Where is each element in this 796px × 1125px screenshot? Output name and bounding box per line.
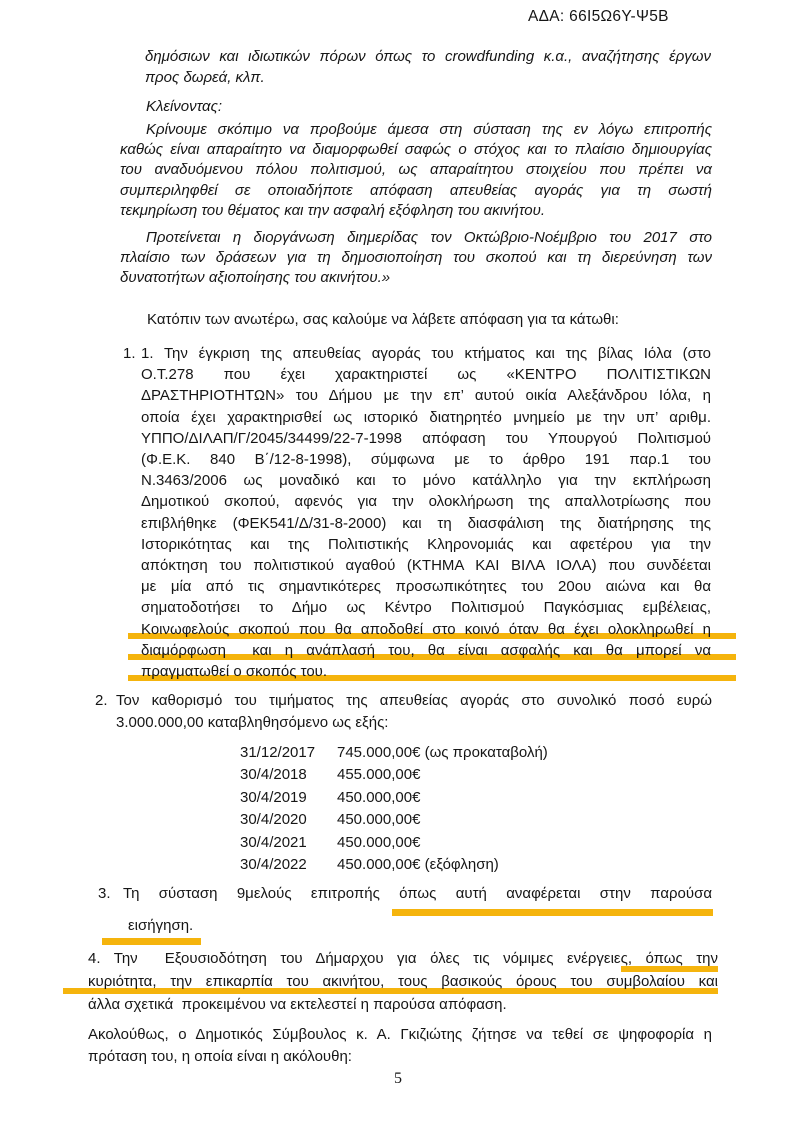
item1-line-highlighted: Κοινωφελούς σκοπού που θα αποδοθεί στο κ…	[141, 619, 711, 640]
quote-line: καθώς είναι απαραίτητο να διαμορφωθεί σα…	[120, 140, 712, 160]
quote-line: του αναδυόμενου πόλου πολιτισμού, ως απα…	[120, 160, 712, 180]
payment-amount: 450.000,00€	[337, 789, 420, 806]
list-marker-3: 3.	[98, 883, 111, 904]
item2-line: 3.000.000,00 καταβληθησόμενο ως εξής:	[116, 712, 712, 734]
highlight-underline	[102, 938, 201, 945]
quote-line: πλαίσιο των δράσεων για τη δημοσιοποίηση…	[120, 248, 712, 268]
closing-line: πρόταση του, η οποία είναι η ακόλουθη:	[88, 1046, 712, 1068]
item1-line: (Φ.Ε.Κ. 840 Β΄/12-8-1998), σύμφωνα με το…	[141, 449, 711, 470]
payment-amount: 450.000,00€	[337, 811, 420, 828]
item1-line: 1. Την έγκριση της απευθείας αγοράς του …	[141, 343, 711, 364]
item1-line-highlighted: πραγματωθεί ο σκοπός του.	[141, 661, 711, 682]
quote-paragraph-2: Κρίνουμε σκόπιμο να προβούμε άμεσα στη σ…	[120, 120, 712, 221]
item1-line: ΥΠΠΟ/ΔΙΛΑΠ/Γ/2045/34499/22-7-1998 απόφασ…	[141, 428, 711, 449]
intro-sentence: Κατόπιν των ανωτέρω, σας καλούμε να λάβε…	[147, 311, 619, 328]
payment-row: 30/4/2021450.000,00€	[240, 832, 548, 854]
quote-paragraph-3: Προτείνεται η διοργάνωση διημερίδας τον …	[120, 228, 712, 289]
payment-schedule: 31/12/2017745.000,00€ (ως προκαταβολή) 3…	[240, 742, 548, 876]
document-page: ΑΔΑ: 66Ι5Ω6Υ-Ψ5Β δημόσιων και ιδιωτικών …	[0, 0, 796, 1125]
page-number: 5	[0, 1070, 796, 1088]
item1-line: Ο.Τ.278 που έχει χαρακτηριστεί ως «ΚΕΝΤΡ…	[141, 364, 711, 385]
payment-date: 30/4/2018	[240, 764, 337, 786]
quote-line: Προτείνεται η διοργάνωση διημερίδας τον …	[120, 228, 712, 248]
item1-line: απόκτηση του πολιτιστικού αγαθού (ΚΤΗΜΑ …	[141, 555, 711, 576]
payment-amount: 455.000,00€	[337, 766, 420, 783]
quote-line: συμπεριληφθεί σε οποιαδήποτε απόφαση απε…	[120, 181, 712, 201]
item1-line: επιβλήθηκε (ΦΕΚ541/Δ/31-8-2000) και τη δ…	[141, 513, 711, 534]
quote-line: τεκμηρίωση του θέματος και την ασφαλή εξ…	[120, 201, 712, 221]
item1-line: Δημοτικού σκοπού, αφενός για την ολοκλήρ…	[141, 491, 711, 512]
payment-row: 30/4/2018455.000,00€	[240, 764, 548, 786]
payment-date: 31/12/2017	[240, 742, 337, 764]
item3-line: Τη σύσταση 9μελούς επιτροπής όπως αυτή α…	[123, 883, 712, 904]
closing-line: Ακολούθως, ο Δημοτικός Σύμβουλος κ. Α. Γ…	[88, 1024, 712, 1046]
item4-line: άλλα σχετικά προκειμένου να εκτελεστεί η…	[88, 993, 718, 1016]
list-marker-2: 2.	[95, 690, 108, 712]
item2-line: Τον καθορισμό του τιμήματος της απευθεία…	[116, 690, 712, 712]
payment-row: 30/4/2019450.000,00€	[240, 787, 548, 809]
payment-row: 30/4/2020450.000,00€	[240, 809, 548, 831]
item1-line-highlighted: διαμόρφωση και η ανάπλασή του, θα είναι …	[141, 640, 711, 661]
item1-line: οποία έχει χαρακτηρισθεί ως ιστορικό δια…	[141, 407, 711, 428]
quote-line: προς δωρεά, κλπ.	[145, 68, 711, 89]
payment-date: 30/4/2022	[240, 854, 337, 876]
item1-line: σηματοδοτήσει το Δήμο ως Κέντρο Πολιτισμ…	[141, 597, 711, 618]
quote-line: Κρίνουμε σκόπιμο να προβούμε άμεσα στη σ…	[120, 120, 712, 140]
list-item-2: Τον καθορισμό του τιμήματος της απευθεία…	[116, 690, 712, 733]
quote-paragraph-1: δημόσιων και ιδιωτικών πόρων όπως το cro…	[145, 47, 711, 88]
item1-line: Ιστορικότητας και της Πολιτιστικής Κληρο…	[141, 534, 711, 555]
payment-row: 30/4/2022450.000,00€ (εξόφληση)	[240, 854, 548, 876]
list-item-4: 4. Την Εξουσιοδότηση του Δήμαρχου για όλ…	[88, 947, 718, 1016]
payment-amount: 745.000,00€ (ως προκαταβολή)	[337, 744, 548, 761]
item1-line: ΔΡΑΣΤΗΡΙΟΤΗΤΩΝ» του Δήμου με την επ’ αυτ…	[141, 385, 711, 406]
payment-amount: 450.000,00€ (εξόφληση)	[337, 856, 499, 873]
item1-line: Ν.3463/2006 ως μοναδικό και το μόνο κατά…	[141, 470, 711, 491]
list-marker-1: 1.	[123, 343, 136, 364]
item3-line-highlighted: εισήγηση.	[128, 915, 193, 936]
item4-line: 4. Την Εξουσιοδότηση του Δήμαρχου για όλ…	[88, 947, 718, 970]
quote-closing-label: Κλείνοντας:	[146, 97, 222, 118]
closing-paragraph: Ακολούθως, ο Δημοτικός Σύμβουλος κ. Α. Γ…	[88, 1024, 712, 1068]
item1-line: με μία από τις σημαντικότερες προσωπικότ…	[141, 576, 711, 597]
payment-amount: 450.000,00€	[337, 834, 420, 851]
item4-line-highlighted: κυριότητα, την επικαρπία του ακινήτου, τ…	[88, 970, 718, 993]
payment-date: 30/4/2020	[240, 809, 337, 831]
quote-line: δημόσιων και ιδιωτικών πόρων όπως το cro…	[145, 47, 711, 68]
ada-code: ΑΔΑ: 66Ι5Ω6Υ-Ψ5Β	[528, 8, 669, 26]
payment-date: 30/4/2021	[240, 832, 337, 854]
payment-date: 30/4/2019	[240, 787, 337, 809]
payment-row: 31/12/2017745.000,00€ (ως προκαταβολή)	[240, 742, 548, 764]
quote-line: δυνατοτήτων αξιοποίησης του ακινήτου.»	[120, 268, 712, 288]
highlight-underline	[392, 909, 713, 916]
list-item-1: 1. Την έγκριση της απευθείας αγοράς του …	[141, 343, 711, 682]
